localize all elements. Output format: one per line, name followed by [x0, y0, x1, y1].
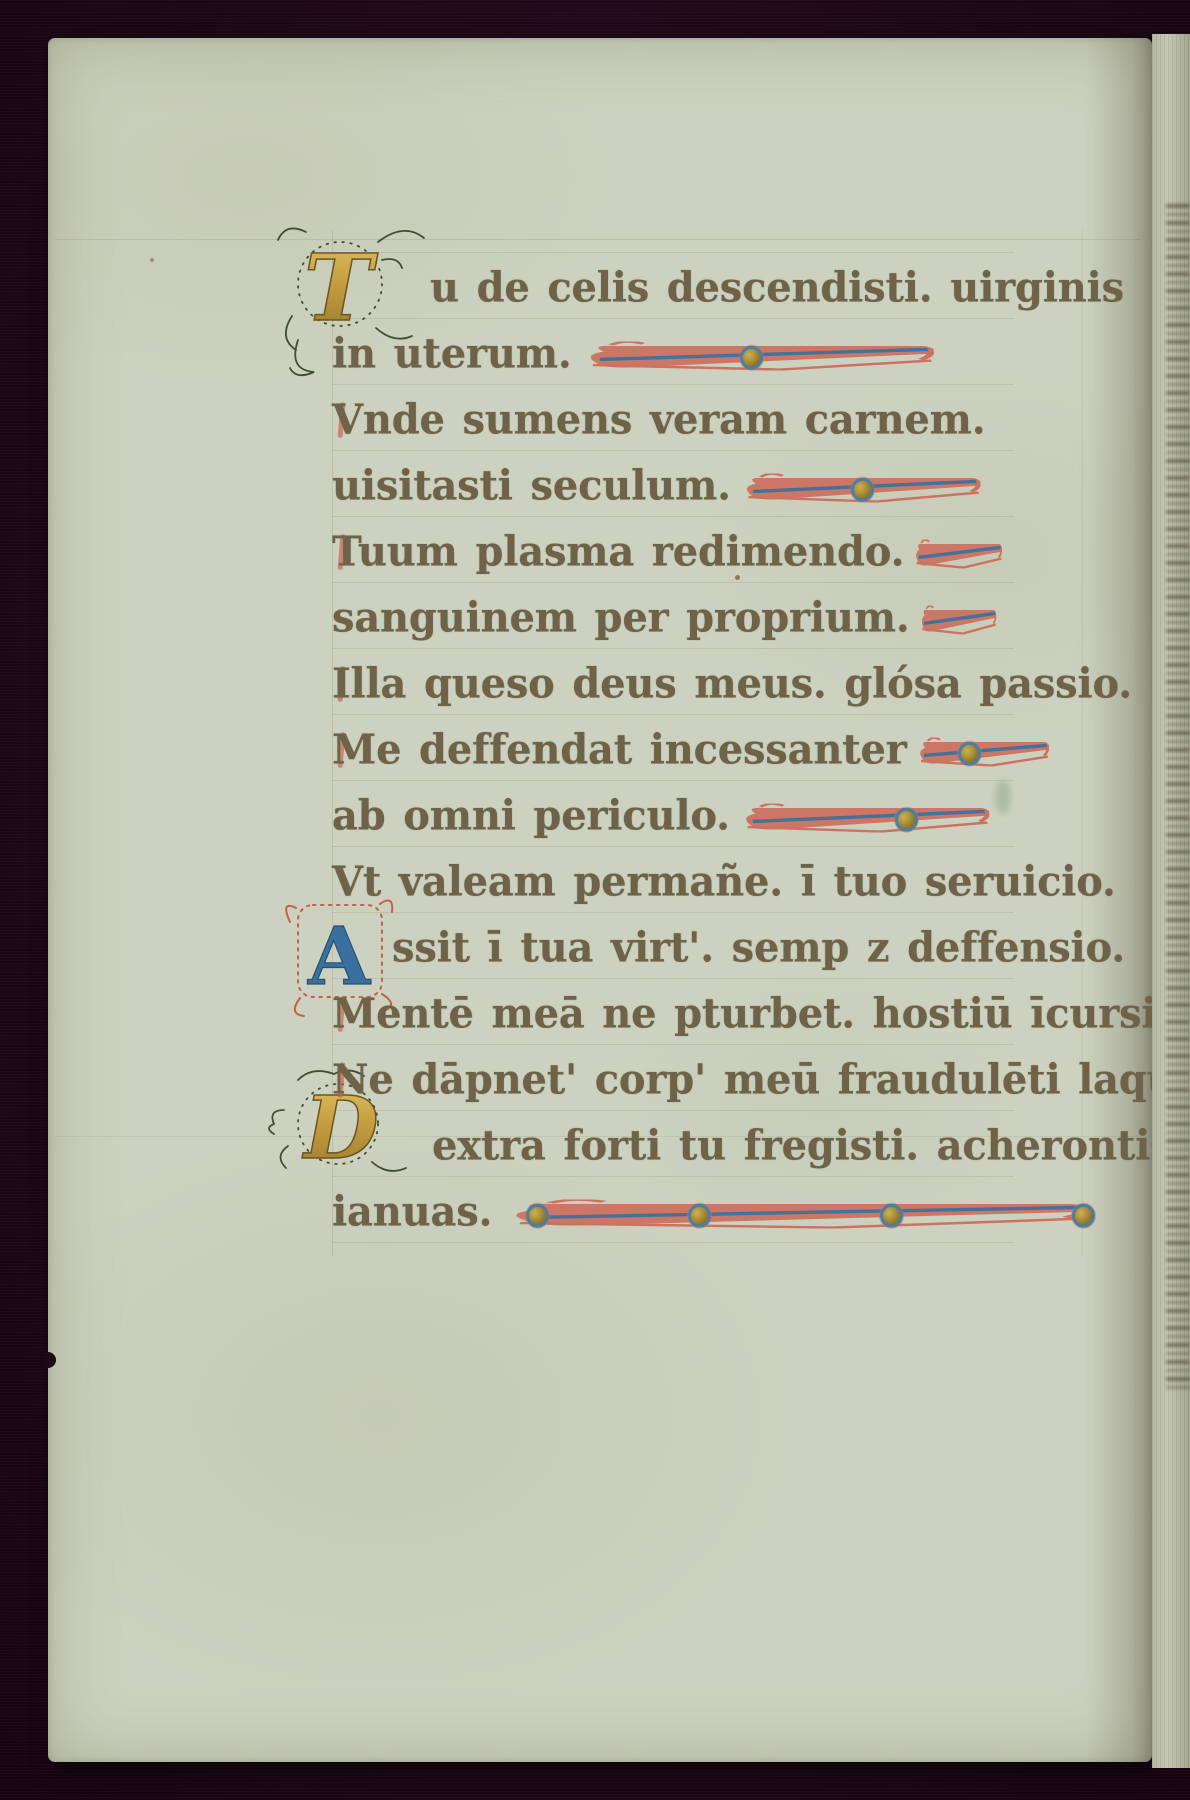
- line-text: Illa queso deus meus. glósa passio.: [332, 659, 1132, 708]
- line-filler-ornament: [917, 738, 1052, 767]
- facing-page-text-blur: [1166, 204, 1190, 1394]
- photograph-backdrop: T A D u de: [0, 0, 1190, 1800]
- line-text: Vnde sumens veram carnem.: [332, 395, 985, 444]
- line-filler-ornament: [741, 474, 986, 503]
- text-line: uisitasti seculum.: [332, 453, 986, 517]
- line-text: extra forti tu fregisti. acherontis: [432, 1121, 1173, 1170]
- line-text: Tuum plasma redimendo.: [332, 527, 904, 576]
- text-line: extra forti tu fregisti. acherontis: [432, 1113, 1173, 1177]
- line-text: Mentē meā ne pturbet. hostiū īcursio.: [332, 989, 1190, 1038]
- gold-bezant: [895, 808, 918, 832]
- gold-bezant: [688, 1204, 711, 1228]
- text-line: ssit ī tua virt'. semp z deffensio.: [392, 915, 1125, 979]
- line-text: u de celis descendisti. uirginis: [430, 263, 1124, 312]
- gold-bezant: [958, 742, 981, 766]
- text-line: Me deffendat incessanter: [332, 717, 1052, 781]
- ink-speck: [150, 258, 154, 262]
- green-smudge: [995, 780, 1011, 814]
- line-text: Me deffendat incessanter: [332, 725, 907, 774]
- text-line: Ne dāpnet' corp' meū fraudulēti laqueo.: [332, 1047, 1190, 1111]
- line-text: Ne dāpnet' corp' meū fraudulēti laqueo.: [332, 1055, 1190, 1104]
- line-filler-ornament: [502, 1200, 1102, 1229]
- line-text: in uterum.: [332, 329, 572, 378]
- text-line: sanguinem per proprium.: [332, 585, 998, 649]
- gold-bezant: [526, 1204, 549, 1228]
- line-filler-ornament: [740, 804, 995, 833]
- text-line: Tuum plasma redimendo.: [332, 519, 1004, 583]
- text-line: u de celis descendisti. uirginis: [430, 255, 1124, 319]
- line-filler-ornament: [920, 606, 998, 635]
- line-text: Vt valeam permañe. ī tuo seruicio.: [332, 857, 1116, 906]
- text-line: Mentē meā ne pturbet. hostiū īcursio.: [332, 981, 1190, 1045]
- text-line: Vnde sumens veram carnem.: [332, 387, 985, 451]
- line-filler-ornament: [582, 342, 942, 371]
- text-line: ianuas.: [332, 1179, 1102, 1243]
- line-filler-ornament: [914, 540, 1004, 569]
- line-text: uisitasti seculum.: [332, 461, 731, 510]
- frame-rule-top: [55, 239, 1140, 240]
- text-line: in uterum.: [332, 321, 942, 385]
- ink-speck: [735, 575, 740, 580]
- text-line: Vt valeam permañe. ī tuo seruicio.: [332, 849, 1116, 913]
- fore-edge-strip: [1152, 34, 1190, 1768]
- text-line: Illa queso deus meus. glósa passio.: [332, 651, 1132, 715]
- line-text: ssit ī tua virt'. semp z deffensio.: [392, 923, 1125, 972]
- gold-bezant: [1072, 1204, 1095, 1228]
- text-line: ab omni periculo.: [332, 783, 995, 847]
- gold-bezant: [880, 1204, 903, 1228]
- line-text: ab omni periculo.: [332, 791, 730, 840]
- line-text: sanguinem per proprium.: [332, 593, 910, 642]
- line-text: ianuas.: [332, 1187, 492, 1236]
